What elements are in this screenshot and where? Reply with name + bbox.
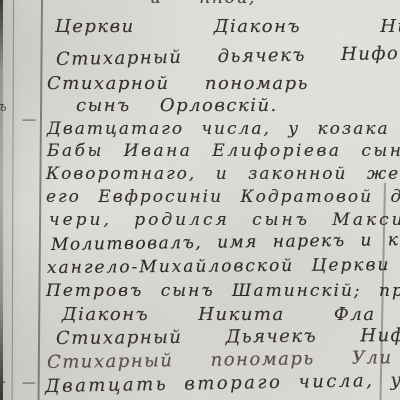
handwritten-line-3: Стихарный дьячекъ Нифонъ xyxy=(56,43,400,70)
handwritten-line-16: Стихарный пономарь Ули xyxy=(47,347,393,373)
handwritten-line-15: Стихарный Дьячекъ Нифонъ xyxy=(56,325,400,349)
handwritten-line-2: Церкви Діаконъ Ник xyxy=(55,16,400,37)
ruled-line-margin xyxy=(38,0,43,400)
handwritten-line-13: Петровъ сынъ Шатинскій; при кр xyxy=(46,281,400,301)
margin-dash-bottom: — xyxy=(22,375,38,391)
handwritten-line-7: Бабы Ивана Елифоріева сына xyxy=(47,141,400,161)
margin-dash-top: — xyxy=(22,112,38,128)
handwritten-line-6: Дватцатаго числа, у козака села xyxy=(47,119,400,139)
handwritten-line-4: Стихарной пономарь xyxy=(47,73,309,94)
handwritten-line-1: и нной, xyxy=(150,0,256,8)
handwritten-line-10: чери, родился сынъ Максимъ. xyxy=(49,210,400,230)
handwritten-line-5: сынъ Орловскій. xyxy=(76,95,278,116)
handwritten-line-17: Дватцать втораго числа, у ко xyxy=(45,369,400,397)
scanned-register-page: — — ъ . и нной, Церкви Діаконъ Ник Стиха… xyxy=(0,0,400,400)
edge-fragment-bottom: . xyxy=(2,372,6,387)
edge-fragment-top: ъ xyxy=(0,100,7,115)
handwritten-line-14: Діаконъ Никита Фла xyxy=(62,304,376,325)
handwritten-line-9: его Евфросиніи Кодратовой до- xyxy=(46,187,400,207)
handwritten-line-12: хангело-Михайловской Церкви п xyxy=(47,255,400,278)
ruled-line-left xyxy=(12,0,14,400)
handwritten-line-11: Молитвовалъ, имя нарекъ и кре xyxy=(51,230,400,255)
handwritten-line-8: Коворотнаго, и законной жены xyxy=(46,164,400,184)
scan-left-edge-shadow xyxy=(0,0,3,400)
